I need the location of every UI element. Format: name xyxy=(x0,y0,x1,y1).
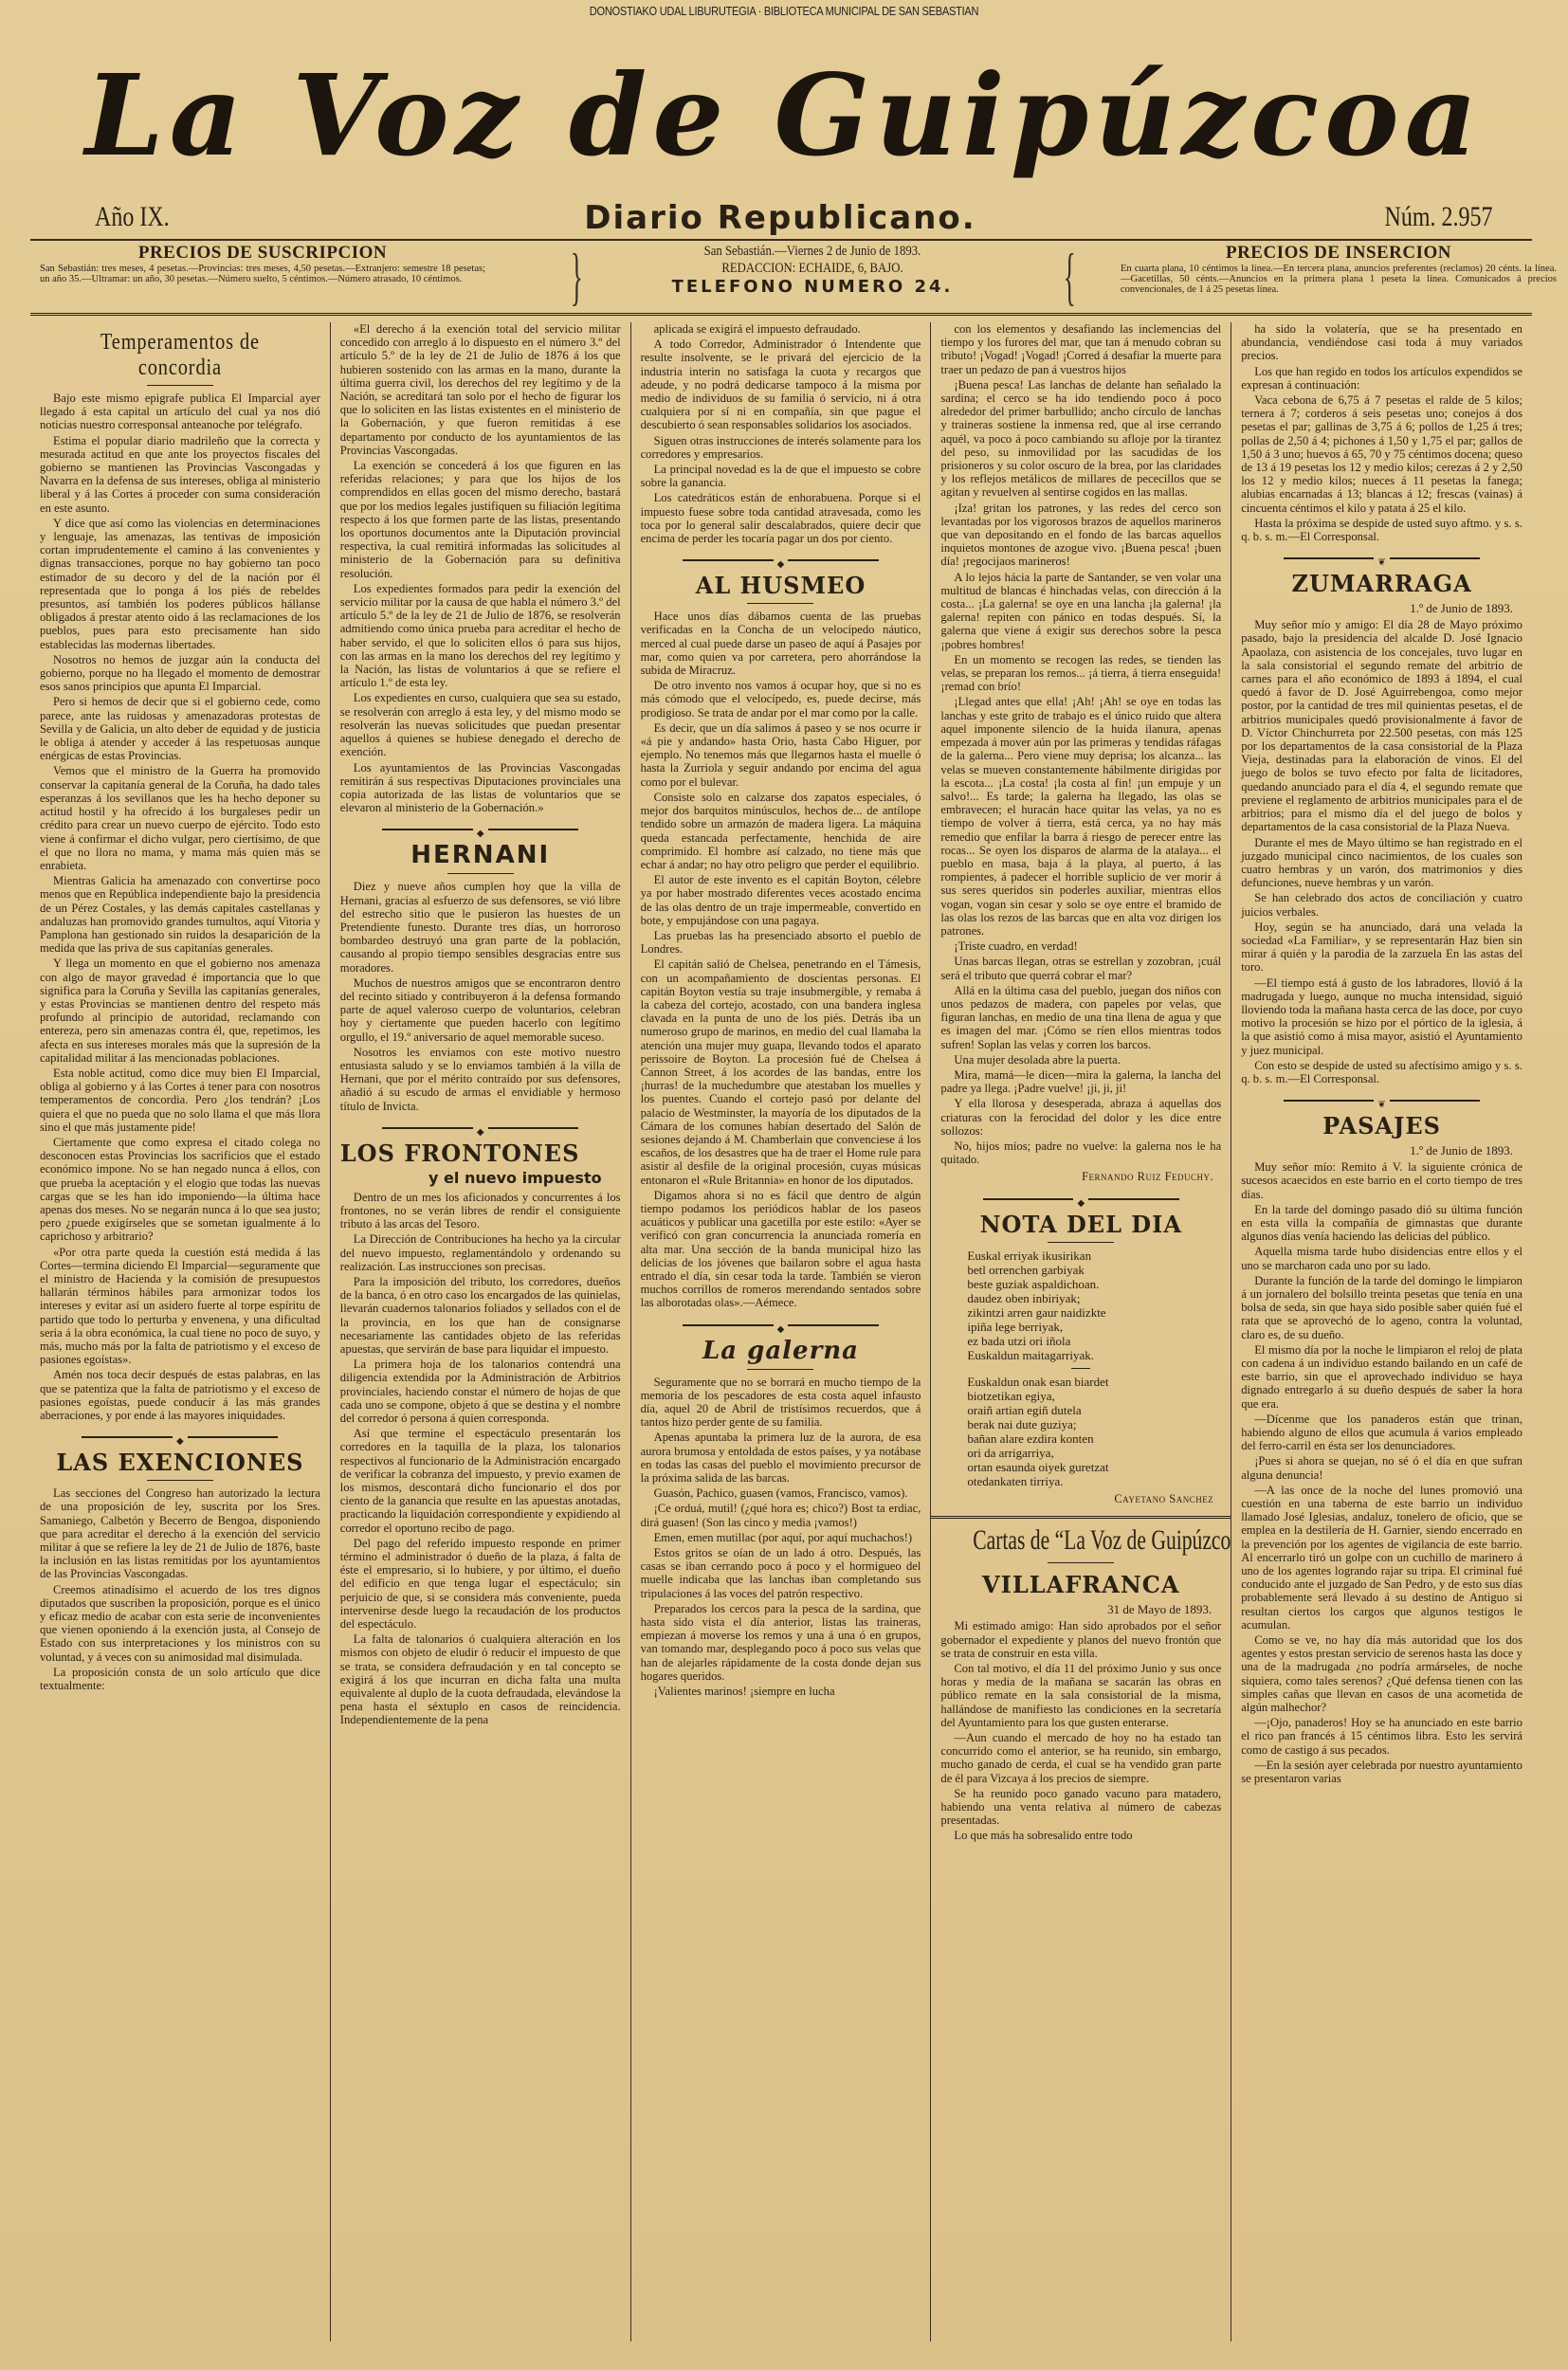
paragraph: Lo que más ha sobresalido entre todo xyxy=(940,1829,1221,1842)
paragraph: Seguramente que no se borrará en mucho t… xyxy=(641,1376,921,1430)
paragraph: —A las once de la noche del lunes promov… xyxy=(1241,1484,1522,1632)
subtitle: Diario Republicano. xyxy=(30,199,1530,237)
header-rule xyxy=(30,239,1532,241)
cartas-section: Cartas de “La Voz de Guipúzcoa” xyxy=(931,1516,1231,1563)
poem-line: bañan alare ezdira konten xyxy=(967,1431,1221,1446)
paragraph: Muy señor mío: Remito á V. la siguiente … xyxy=(1241,1160,1522,1201)
paragraph: —El tiempo está á gusto de los labradore… xyxy=(1241,976,1522,1057)
poem-line: ipiña lege berriyak, xyxy=(967,1320,1221,1334)
paragraph: ¡Buena pesca! Las lanchas de delante han… xyxy=(940,378,1221,500)
paragraph: La proposición consta de un solo artícul… xyxy=(40,1666,320,1692)
paragraph: Hasta la próxima se despide de usted suy… xyxy=(1241,517,1522,543)
article-date: 1.º de Junio de 1893. xyxy=(1241,601,1513,616)
paragraph: Y dice que así como las violencias en de… xyxy=(40,517,320,651)
paragraph: La falta de talonarios ó cualquiera alte… xyxy=(340,1632,621,1726)
paragraph: En un momento se recogen las redes, se t… xyxy=(940,653,1221,694)
poem-line: ori da arrigarriya, xyxy=(967,1446,1221,1460)
brace-left: } xyxy=(571,243,583,309)
article-title: LAS EXENCIONES xyxy=(40,1449,320,1476)
subscription-text: San Sebastián: tres meses, 4 pesetas.—Pr… xyxy=(40,264,485,284)
paragraph: Nosotros no hemos de juzgar aún la condu… xyxy=(40,653,320,694)
poem-line: oraiñ artian egiñ dutela xyxy=(967,1403,1221,1417)
paragraph: Durante la función de la tarde del domin… xyxy=(1241,1274,1522,1341)
paragraph: La primera hoja de los talonarios conten… xyxy=(340,1358,621,1425)
insertion-text: En cuarta plana, 10 céntimos la línea.—E… xyxy=(1121,264,1557,295)
paragraph: Aquella misma tarde hubo disidencias ent… xyxy=(1241,1245,1522,1271)
paragraph: La Dirección de Contribuciones ha hecho … xyxy=(340,1232,621,1273)
paragraph: Los ayuntamientos de las Provincias Vasc… xyxy=(340,761,621,815)
paragraph: ¡Pues si ahora se quejan, no sé ó el día… xyxy=(1241,1454,1522,1481)
column-2: «El derecho á la exención total del serv… xyxy=(331,322,631,2342)
paragraph: El autor de este invento es el capitán B… xyxy=(641,873,921,927)
dateline-box: San Sebastián.—Viernes 2 de Junio de 189… xyxy=(637,243,988,298)
paragraph: Con tal motivo, el día 11 del próximo Ju… xyxy=(940,1662,1221,1729)
paragraph: Muy señor mío y amigo: El día 28 de Mayo… xyxy=(1241,618,1522,833)
paragraph: Estima el popular diario madrileño que l… xyxy=(40,434,320,515)
article-date: 1.º de Junio de 1893. xyxy=(1241,1143,1513,1158)
telephone-line: TELEFONO NUMERO 24. xyxy=(637,277,988,298)
article-title: NOTA DEL DIA xyxy=(940,1211,1221,1238)
poem-line: zikintzi arren gaur naidizkte xyxy=(967,1305,1221,1320)
insertion-box: PRECIOS DE INSERCION En cuarta plana, 10… xyxy=(1121,243,1557,295)
poem-line: berak nai dute guziya; xyxy=(967,1417,1221,1431)
paragraph: Como se ve, no hay día más autoridad que… xyxy=(1241,1633,1522,1714)
paragraph: Consiste solo en calzarse dos zapatos es… xyxy=(641,791,921,871)
insertion-title: PRECIOS DE INSERCION xyxy=(1121,243,1557,264)
paragraph: Emen, emen mutillac (por aquí, por aquí … xyxy=(641,1531,921,1544)
paragraph: Esta noble actitud, como dice muy bien E… xyxy=(40,1066,320,1134)
poem-line: betl orrenchen garbiyak xyxy=(967,1263,1221,1277)
paragraph: Una mujer desolada abre la puerta. xyxy=(940,1053,1221,1066)
paragraph: Con esto se despide de usted su afectísi… xyxy=(1241,1059,1522,1085)
section-ornament: ◆ xyxy=(340,824,621,833)
brace-right: { xyxy=(1064,243,1076,309)
title-rule xyxy=(447,873,514,874)
paragraph: Diez y nueve años cumplen hoy que la vil… xyxy=(340,880,621,974)
paragraph: con los elementos y desafiando las incle… xyxy=(940,322,1221,376)
title-rule xyxy=(747,1369,813,1370)
column-1: Temperamentos de concordia Bajo este mis… xyxy=(30,322,331,2342)
section-ornament: ◆ xyxy=(340,1122,621,1132)
section-ornament: ◆ xyxy=(641,555,921,564)
section-ornament: ❦ xyxy=(1241,1095,1522,1104)
stanza-divider xyxy=(1071,1368,1090,1369)
paragraph: Y llega un momento en que el gobierno no… xyxy=(40,957,320,1065)
author-signature: Fernando Ruiz Feduchy. xyxy=(940,1170,1213,1184)
paragraph: Para la imposición del tributo, los corr… xyxy=(340,1275,621,1356)
info-bar: PRECIOS DE SUSCRIPCION San Sebastián: tr… xyxy=(30,243,1532,311)
article-title: La galerna xyxy=(641,1337,921,1365)
poem-line: beste guziak aspaldichoan. xyxy=(967,1277,1221,1291)
poem-stanza-2: Euskaldun onak esan biardet biotzetikan … xyxy=(967,1375,1221,1488)
paragraph: Siguen otras instrucciones de interés so… xyxy=(641,434,921,461)
paragraph: Los expedientes en curso, cualquiera que… xyxy=(340,691,621,758)
article-columns: Temperamentos de concordia Bajo este mis… xyxy=(30,322,1532,2342)
paragraph: Los catedráticos están de enhorabuena. P… xyxy=(641,491,921,545)
poem-line: Euskaldun maitagarriyak. xyxy=(967,1348,1221,1362)
poem-line: ez bada utzi ori iñola xyxy=(967,1334,1221,1348)
section-ornament: ◆ xyxy=(940,1194,1221,1203)
subscription-box: PRECIOS DE SUSCRIPCION San Sebastián: tr… xyxy=(40,243,485,284)
date-line: San Sebastián.—Viernes 2 de Junio de 189… xyxy=(664,243,962,260)
paragraph: Unas barcas llegan, otras se estrellan y… xyxy=(940,955,1221,981)
poem-line: Euskaldun onak esan biardet xyxy=(967,1375,1221,1389)
masthead-title: La Voz de Guipúzcoa xyxy=(0,49,1568,182)
paragraph: Y ella llorosa y desesperada, abraza á a… xyxy=(940,1097,1221,1138)
paragraph: ¡Llegad antes que ella! ¡Ah! ¡Ah! se oye… xyxy=(940,695,1221,938)
paragraph: —¡Ojo, panaderos! Hoy se ha anunciado en… xyxy=(1241,1716,1522,1757)
paragraph: No, hijos míos; padre no vuelve: la gale… xyxy=(940,1139,1221,1166)
paragraph: —Dícenme que los panaderos están que tri… xyxy=(1241,1413,1522,1453)
title-rule xyxy=(1048,1242,1114,1243)
article-title: ZUMARRAGA xyxy=(1241,570,1522,597)
paragraph: La exención se concederá á los que figur… xyxy=(340,459,621,580)
paragraph: Del pago del referido impuesto responde … xyxy=(340,1537,621,1631)
paragraph: Creemos atinadísimo el acuerdo de los tr… xyxy=(40,1583,320,1664)
paragraph: Los que han regido en todos los artículo… xyxy=(1241,365,1522,392)
cartas-heading: Cartas de “La Voz de Guipúzcoa” xyxy=(974,1524,1189,1557)
paragraph: Muchos de nuestros amigos que se encontr… xyxy=(340,976,621,1044)
issue-number: Núm. 2.957 xyxy=(1384,201,1492,233)
column-3: aplicada se exigirá el impuesto defrauda… xyxy=(631,322,932,2342)
paragraph: Vemos que el ministro de la Guerra ha pr… xyxy=(40,764,320,872)
paragraph: Se ha reunido poco ganado vacuno para ma… xyxy=(940,1787,1221,1828)
paragraph: A todo Corredor, Administrador ó Intende… xyxy=(641,337,921,431)
column-5: ha sido la volatería, que se ha presenta… xyxy=(1231,322,1532,2342)
paragraph: Las pruebas las ha presenciado absorto e… xyxy=(641,929,921,956)
title-rule xyxy=(1048,1562,1114,1563)
paragraph: Digamos ahora si no es fácil que dentro … xyxy=(641,1189,921,1310)
paragraph: ¡Triste cuadro, en verdad! xyxy=(940,939,1221,953)
poem-line: otedankaten tirriya. xyxy=(967,1474,1221,1488)
poem-line: biotzetikan egiya, xyxy=(967,1389,1221,1403)
article-title: LOS FRONTONES xyxy=(340,1139,621,1167)
paragraph: «El derecho á la exención total del serv… xyxy=(340,322,621,457)
article-date: 31 de Mayo de 1893. xyxy=(940,1602,1212,1617)
section-ornament: ◆ xyxy=(641,1320,921,1329)
article-title: VILLAFRANCA xyxy=(940,1571,1221,1598)
article-subtitle: y el nuevo impuesto xyxy=(340,1169,602,1187)
paragraph: Vaca cebona de 6,75 á 7 pesetas el ralde… xyxy=(1241,393,1522,515)
paragraph: Guasón, Pachico, guasen (vamos, Francisc… xyxy=(641,1486,921,1500)
article-title: Temperamentos de concordia xyxy=(61,330,299,381)
subscription-title: PRECIOS DE SUSCRIPCION xyxy=(40,243,485,264)
title-rule xyxy=(147,385,213,386)
paragraph: Bajo este mismo epigrafe publica El Impa… xyxy=(40,392,320,432)
title-rule xyxy=(747,603,813,604)
paragraph: Preparados los cercos para la pesca de l… xyxy=(641,1602,921,1683)
archive-watermark: DONOSTIAKO UDAL LIBURUTEGIA · BIBLIOTECA… xyxy=(118,4,1450,18)
paragraph: Las secciones del Congreso han autorizad… xyxy=(40,1486,320,1580)
paragraph: Amén nos toca decir después de estas pal… xyxy=(40,1368,320,1422)
poem-line: daudez oben inbiriyak; xyxy=(967,1291,1221,1305)
section-ornament: ◆ xyxy=(40,1431,320,1441)
paragraph: Allá en la última casa del pueblo, juega… xyxy=(940,984,1221,1051)
paragraph: Se han celebrado dos actos de conciliaci… xyxy=(1241,891,1522,918)
author-signature: Cayetano Sanchez xyxy=(940,1492,1213,1506)
paragraph: «Por otra parte queda la cuestión está m… xyxy=(40,1246,320,1367)
paragraph: Apenas apuntaba la primera luz de la aur… xyxy=(641,1431,921,1485)
poem-stanza-1: Euskal erriyak ikusirikan betl orrenchen… xyxy=(967,1249,1221,1362)
paragraph: Dentro de un mes los aficionados y concu… xyxy=(340,1191,621,1231)
title-rule xyxy=(147,1480,213,1481)
article-title: AL HUSMEO xyxy=(641,572,921,599)
paragraph: —Aun cuando el mercado de hoy no ha esta… xyxy=(940,1731,1221,1785)
paragraph: Mira, mamá—le dicen—mira la galerna, la … xyxy=(940,1068,1221,1095)
paragraph: ha sido la volatería, que se ha presenta… xyxy=(1241,322,1522,363)
paragraph: Nosotros les enviamos con este motivo nu… xyxy=(340,1046,621,1113)
paragraph: Hace unos días dábamos cuenta de las pru… xyxy=(641,610,921,677)
paragraph: Así que termine el espectáculo presentar… xyxy=(340,1427,621,1535)
paragraph: Los expedientes formados para pedir la e… xyxy=(340,582,621,690)
paragraph: Es decir, que un día salimos á paseo y s… xyxy=(641,721,921,789)
article-title: HERNANI xyxy=(340,841,621,869)
paragraph: Pero si hemos de decir que si el gobiern… xyxy=(40,695,320,762)
paragraph: En la tarde del domingo pasado dió su úl… xyxy=(1241,1203,1522,1244)
paragraph: ¡Valientes marinos! ¡siempre en lucha xyxy=(641,1685,921,1698)
address-line: REDACCION: ECHAIDE, 6, BAJO. xyxy=(664,260,962,277)
paragraph: Mientras Galicia ha amenazado con conver… xyxy=(40,874,320,955)
paragraph: De otro invento nos vamos á ocupar hoy, … xyxy=(641,679,921,720)
paragraph: —En la sesión ayer celebrada por nuestro… xyxy=(1241,1759,1522,1785)
paragraph: aplicada se exigirá el impuesto defrauda… xyxy=(641,322,921,336)
paragraph: Hoy, según se ha anunciado, dará una vel… xyxy=(1241,921,1522,975)
masthead-bottom-rule xyxy=(30,313,1532,316)
paragraph: ¡Ce orduá, mutil! (¿qué hora es; chico?)… xyxy=(641,1502,921,1528)
article-title: PASAJES xyxy=(1241,1112,1522,1139)
paragraph: Estos gritos se oían de un lado á otro. … xyxy=(641,1546,921,1600)
column-4: con los elementos y desafiando las incle… xyxy=(931,322,1231,2342)
paragraph: Durante el mes de Mayo último se han reg… xyxy=(1241,836,1522,890)
paragraph: El capitán salió de Chelsea, penetrando … xyxy=(641,957,921,1186)
section-ornament: ❦ xyxy=(1241,553,1522,562)
paragraph: ¡Iza! gritan los patrones, y las redes d… xyxy=(940,501,1221,569)
poem-line: Euskal erriyak ikusirikan xyxy=(967,1249,1221,1263)
poem-line: ortan esaunda oiyek guretzat xyxy=(967,1460,1221,1474)
paragraph: Ciertamente que como expresa el citado c… xyxy=(40,1136,320,1244)
paragraph: El mismo día por la noche le limpiaron e… xyxy=(1241,1343,1522,1411)
paragraph: Mi estimado amigo: Han sido aprobados po… xyxy=(940,1619,1221,1660)
paragraph: A lo lejos hácia la parte de Santander, … xyxy=(940,571,1221,651)
subhead-row: Año IX. Diario Republicano. Núm. 2.957 xyxy=(30,197,1530,235)
paragraph: La principal novedad es la de que el imp… xyxy=(641,463,921,489)
